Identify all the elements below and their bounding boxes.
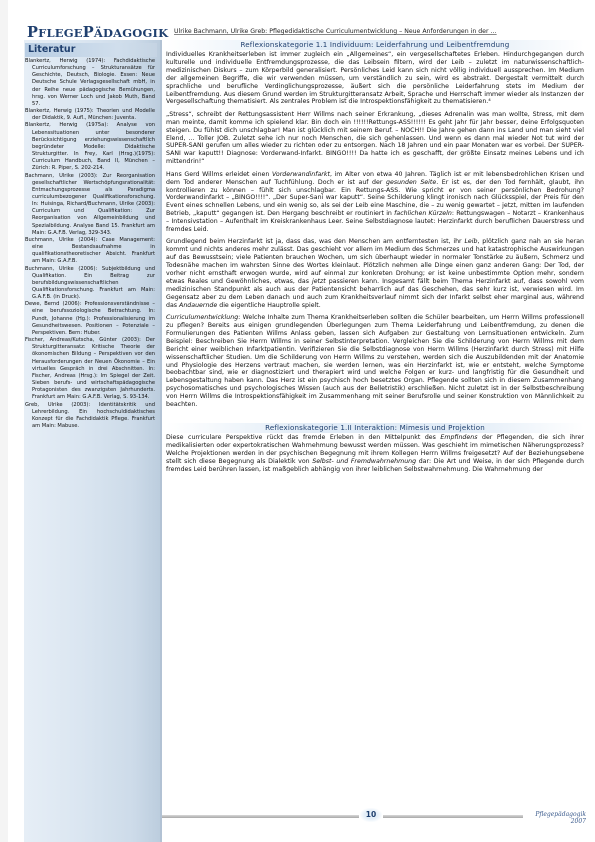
brand-initial-2: P <box>83 24 94 41</box>
section-heading-1-1: Reflexionskategorie 1.1 Individuum: Leid… <box>166 40 584 50</box>
paragraph-willms-case: Hans Gerd Willms erleidet einen Vorderwa… <box>166 171 584 234</box>
reference-item: Fischer, Andreas/Kutscha, Günter (2003):… <box>25 337 155 401</box>
brand-part-1: FLEGE <box>38 26 83 40</box>
paragraph-herzinfarkt: Grundlegend beim Herzinfarkt ist ja, das… <box>166 238 584 309</box>
page-left-margin <box>0 0 8 842</box>
footer-journal-name: Pflegepädagogik 2007 <box>526 811 586 825</box>
reference-item: Blankertz, Herwig (1974): Fachdidaktisch… <box>25 58 155 108</box>
reference-item: Buchmann, Ulrike (2006): Subjektbildung … <box>25 266 155 302</box>
running-header-title: Ulrike Bachmann, Ulrike Greb: Pflegedida… <box>174 28 584 35</box>
paragraph-curriculum: Curriculumentwicklung: Welche Inhalte zu… <box>166 314 584 409</box>
footer-rule-right <box>383 815 523 818</box>
reference-item: Dewe, Bernd (2006): Professionsverständn… <box>25 301 155 337</box>
journal-brand: PFLEGEPÄDAGOGIK <box>27 24 168 41</box>
literature-heading: Literatur <box>25 43 157 57</box>
reference-item: Greb, Ulrike (2003): Identitätskritik un… <box>25 402 155 431</box>
footer-rule-left <box>162 815 359 818</box>
article-body: Reflexionskategorie 1.1 Individuum: Leid… <box>166 40 584 478</box>
reference-item: Blankertz, Herwig (1975a): Analyse von L… <box>25 122 155 172</box>
page-number: 10 <box>360 808 382 822</box>
paragraph-quote-willms: „Stress“, schreibt der Rettungsassistent… <box>166 111 584 166</box>
section-heading-1-2: Reflexionskategorie 1.II Interaktion: Mi… <box>166 423 584 433</box>
brand-part-2: ÄDAGOGIK <box>94 26 168 40</box>
reference-item: Blankertz, Herwig (1975): Theorien und M… <box>25 108 155 122</box>
reference-item: Bachmann, Ulrike (2003): Zur Reorganisat… <box>25 173 155 237</box>
paragraph-interaction: Diese curriculare Perspektive rückt das … <box>166 434 584 474</box>
paragraph-intro: Individuelles Krankheitserleben ist imme… <box>166 51 584 106</box>
reference-list: Blankertz, Herwig (1974): Fachdidaktisch… <box>25 58 155 430</box>
brand-initial-1: P <box>27 24 38 41</box>
reference-item: Buchmann, Ulrike (2004): Case Management… <box>25 237 155 266</box>
